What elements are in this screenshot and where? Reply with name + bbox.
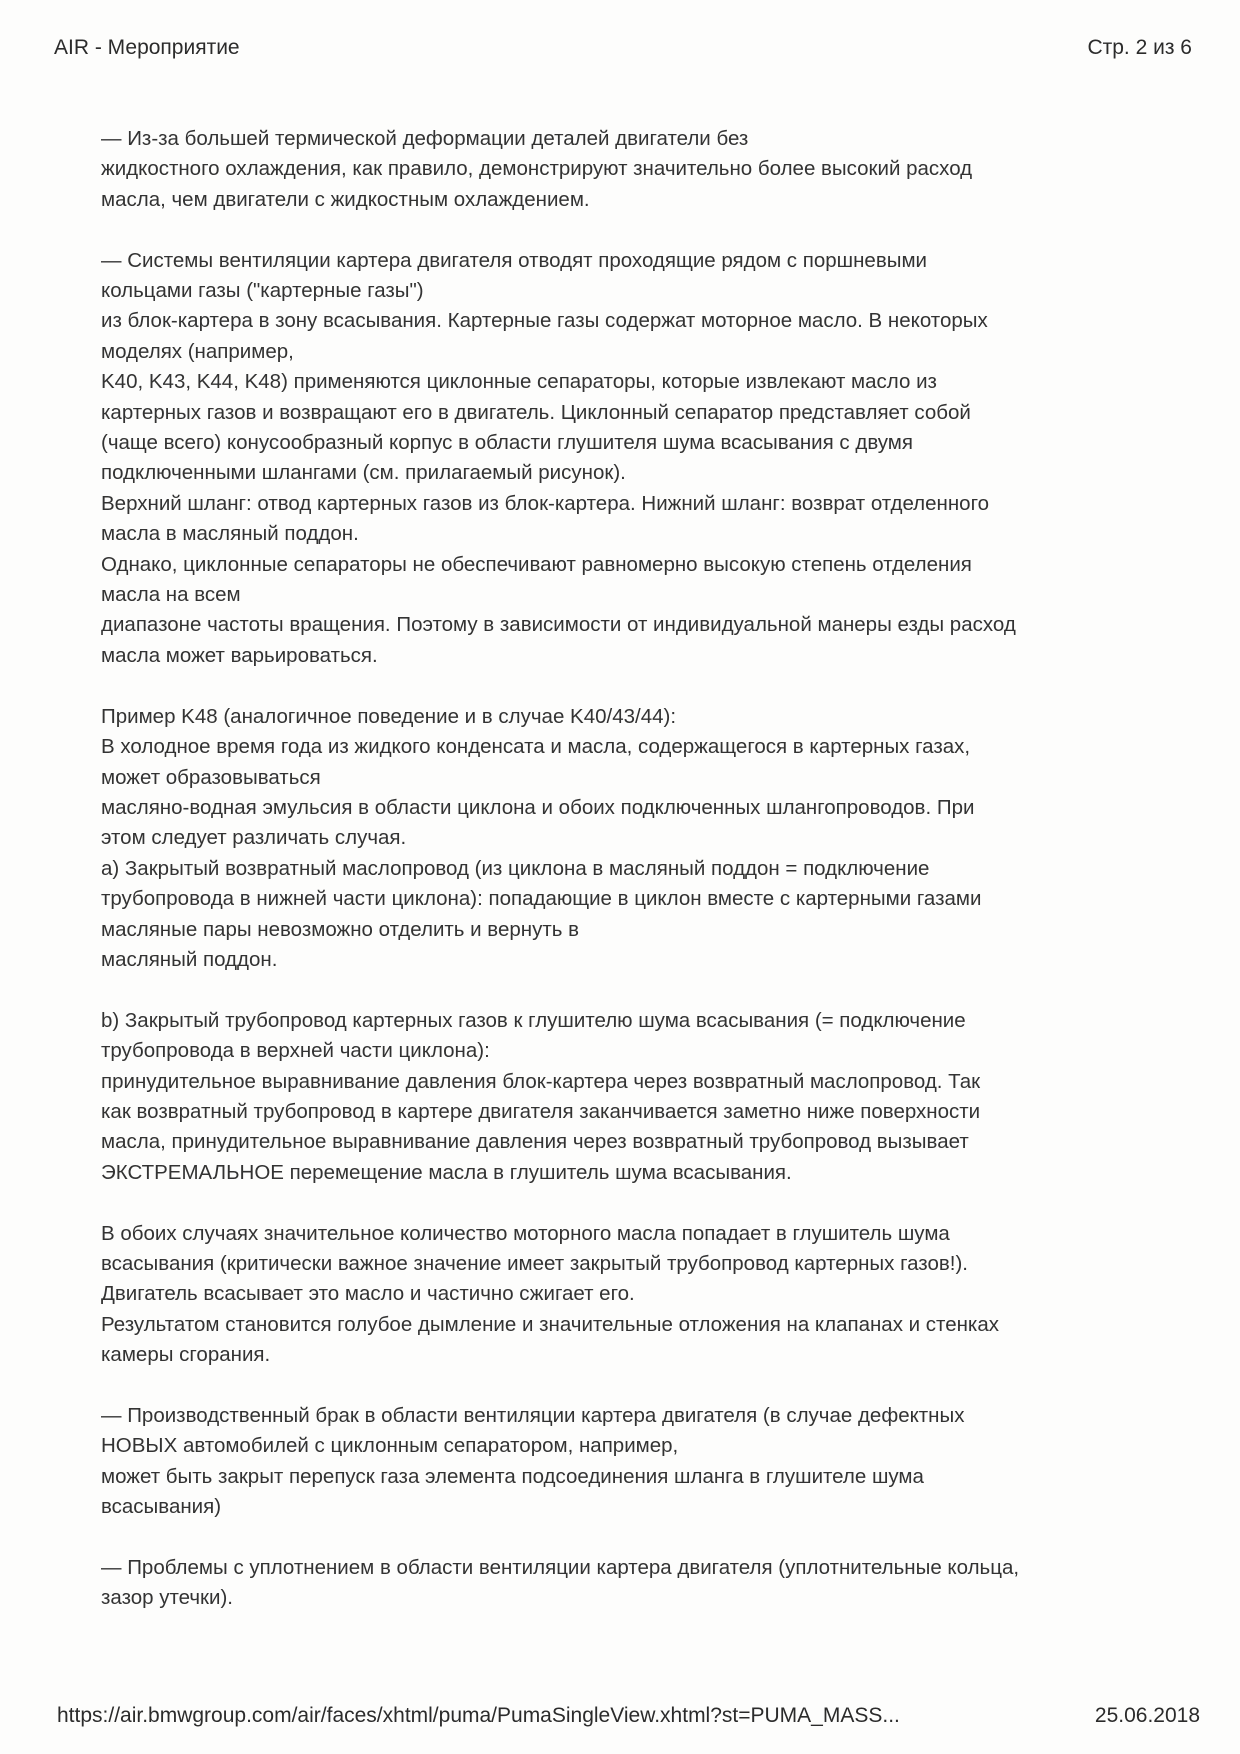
text-line: камеры сгорания. [101,1340,1161,1370]
text-line: масла, чем двигатели с жидкостным охлажд… [101,185,1161,215]
text-line: В обоих случаях значительное количество … [101,1219,1161,1249]
paragraph-both-cases: В обоих случаях значительное количество … [101,1219,1161,1371]
text-line: K40, K43, K44, K48) применяются циклонны… [101,367,1161,397]
text-line: масляный поддон. [101,945,1161,975]
text-line: может быть закрыт перепуск газа элемента… [101,1462,1161,1492]
text-line: НОВЫХ автомобилей с циклонным сепараторо… [101,1431,1161,1461]
text-line: — Производственный брак в области вентил… [101,1401,1161,1431]
source-url: https://air.bmwgroup.com/air/faces/xhtml… [57,1704,900,1728]
text-line: всасывания (критически важное значение и… [101,1249,1161,1279]
text-line: жидкостного охлаждения, как правило, дем… [101,154,1161,184]
paragraph-sealing-problems: — Проблемы с уплотнением в области венти… [101,1553,1161,1614]
text-line: — Из-за большей термической деформации д… [101,124,1161,154]
text-line: этом следует различать случая. [101,823,1161,853]
text-line: Двигатель всасывает это масло и частично… [101,1279,1161,1309]
text-line: ЭКСТРЕМАЛЬНОЕ перемещение масла в глушит… [101,1158,1161,1188]
page-footer: https://air.bmwgroup.com/air/faces/xhtml… [57,1704,1200,1734]
text-line: масла на всем [101,580,1161,610]
page-number: Стр. 2 из 6 [1087,36,1192,60]
text-line: масла может варьироваться. [101,641,1161,671]
text-line: кольцами газы ("картерные газы") [101,276,1161,306]
print-date: 25.06.2018 [1095,1704,1200,1728]
text-line: В холодное время года из жидкого конденс… [101,732,1161,762]
text-line: — Проблемы с уплотнением в области венти… [101,1553,1161,1583]
text-line: моделях (например, [101,337,1161,367]
text-line: (чаще всего) конусообразный корпус в обл… [101,428,1161,458]
text-line: трубопровода в верхней части циклона): [101,1036,1161,1066]
text-line: как возвратный трубопровод в картере дви… [101,1097,1161,1127]
text-line: принудительное выравнивание давления бло… [101,1067,1161,1097]
text-line: Пример K48 (аналогичное поведение и в сл… [101,702,1161,732]
document-body: — Из-за большей термической деформации д… [101,124,1161,1614]
text-line: масляные пары невозможно отделить и верн… [101,915,1161,945]
text-line: диапазоне частоты вращения. Поэтому в за… [101,610,1161,640]
text-line: масляно-водная эмульсия в области циклон… [101,793,1161,823]
text-line: — Системы вентиляции картера двигателя о… [101,246,1161,276]
page-header: AIR - Мероприятие Стр. 2 из 6 [54,36,1192,66]
text-line: трубопровода в нижней части циклона): по… [101,884,1161,914]
text-line: может образовываться [101,763,1161,793]
text-line: из блок-картера в зону всасывания. Карте… [101,306,1161,336]
text-line: картерных газов и возвращают его в двига… [101,398,1161,428]
paragraph-manufacturing-defect: — Производственный брак в области вентил… [101,1401,1161,1523]
text-line: Верхний шланг: отвод картерных газов из … [101,489,1161,519]
text-line: Результатом становится голубое дымление … [101,1310,1161,1340]
paragraph-k48-example: Пример K48 (аналогичное поведение и в сл… [101,702,1161,976]
paragraph-case-b: b) Закрытый трубопровод картерных газов … [101,1006,1161,1188]
text-line: масла в масляный поддон. [101,519,1161,549]
text-line: Однако, циклонные сепараторы не обеспечи… [101,550,1161,580]
text-line: масла, принудительное выравнивание давле… [101,1127,1161,1157]
text-line: b) Закрытый трубопровод картерных газов … [101,1006,1161,1036]
paragraph-air-cooled-engines: — Из-за большей термической деформации д… [101,124,1161,215]
text-line: a) Закрытый возвратный маслопровод (из ц… [101,854,1161,884]
text-line: всасывания) [101,1492,1161,1522]
text-line: подключенными шлангами (см. прилагаемый … [101,458,1161,488]
text-line: зазор утечки). [101,1583,1161,1613]
paragraph-crankcase-ventilation: — Системы вентиляции картера двигателя о… [101,246,1161,672]
document-title: AIR - Мероприятие [54,36,240,60]
